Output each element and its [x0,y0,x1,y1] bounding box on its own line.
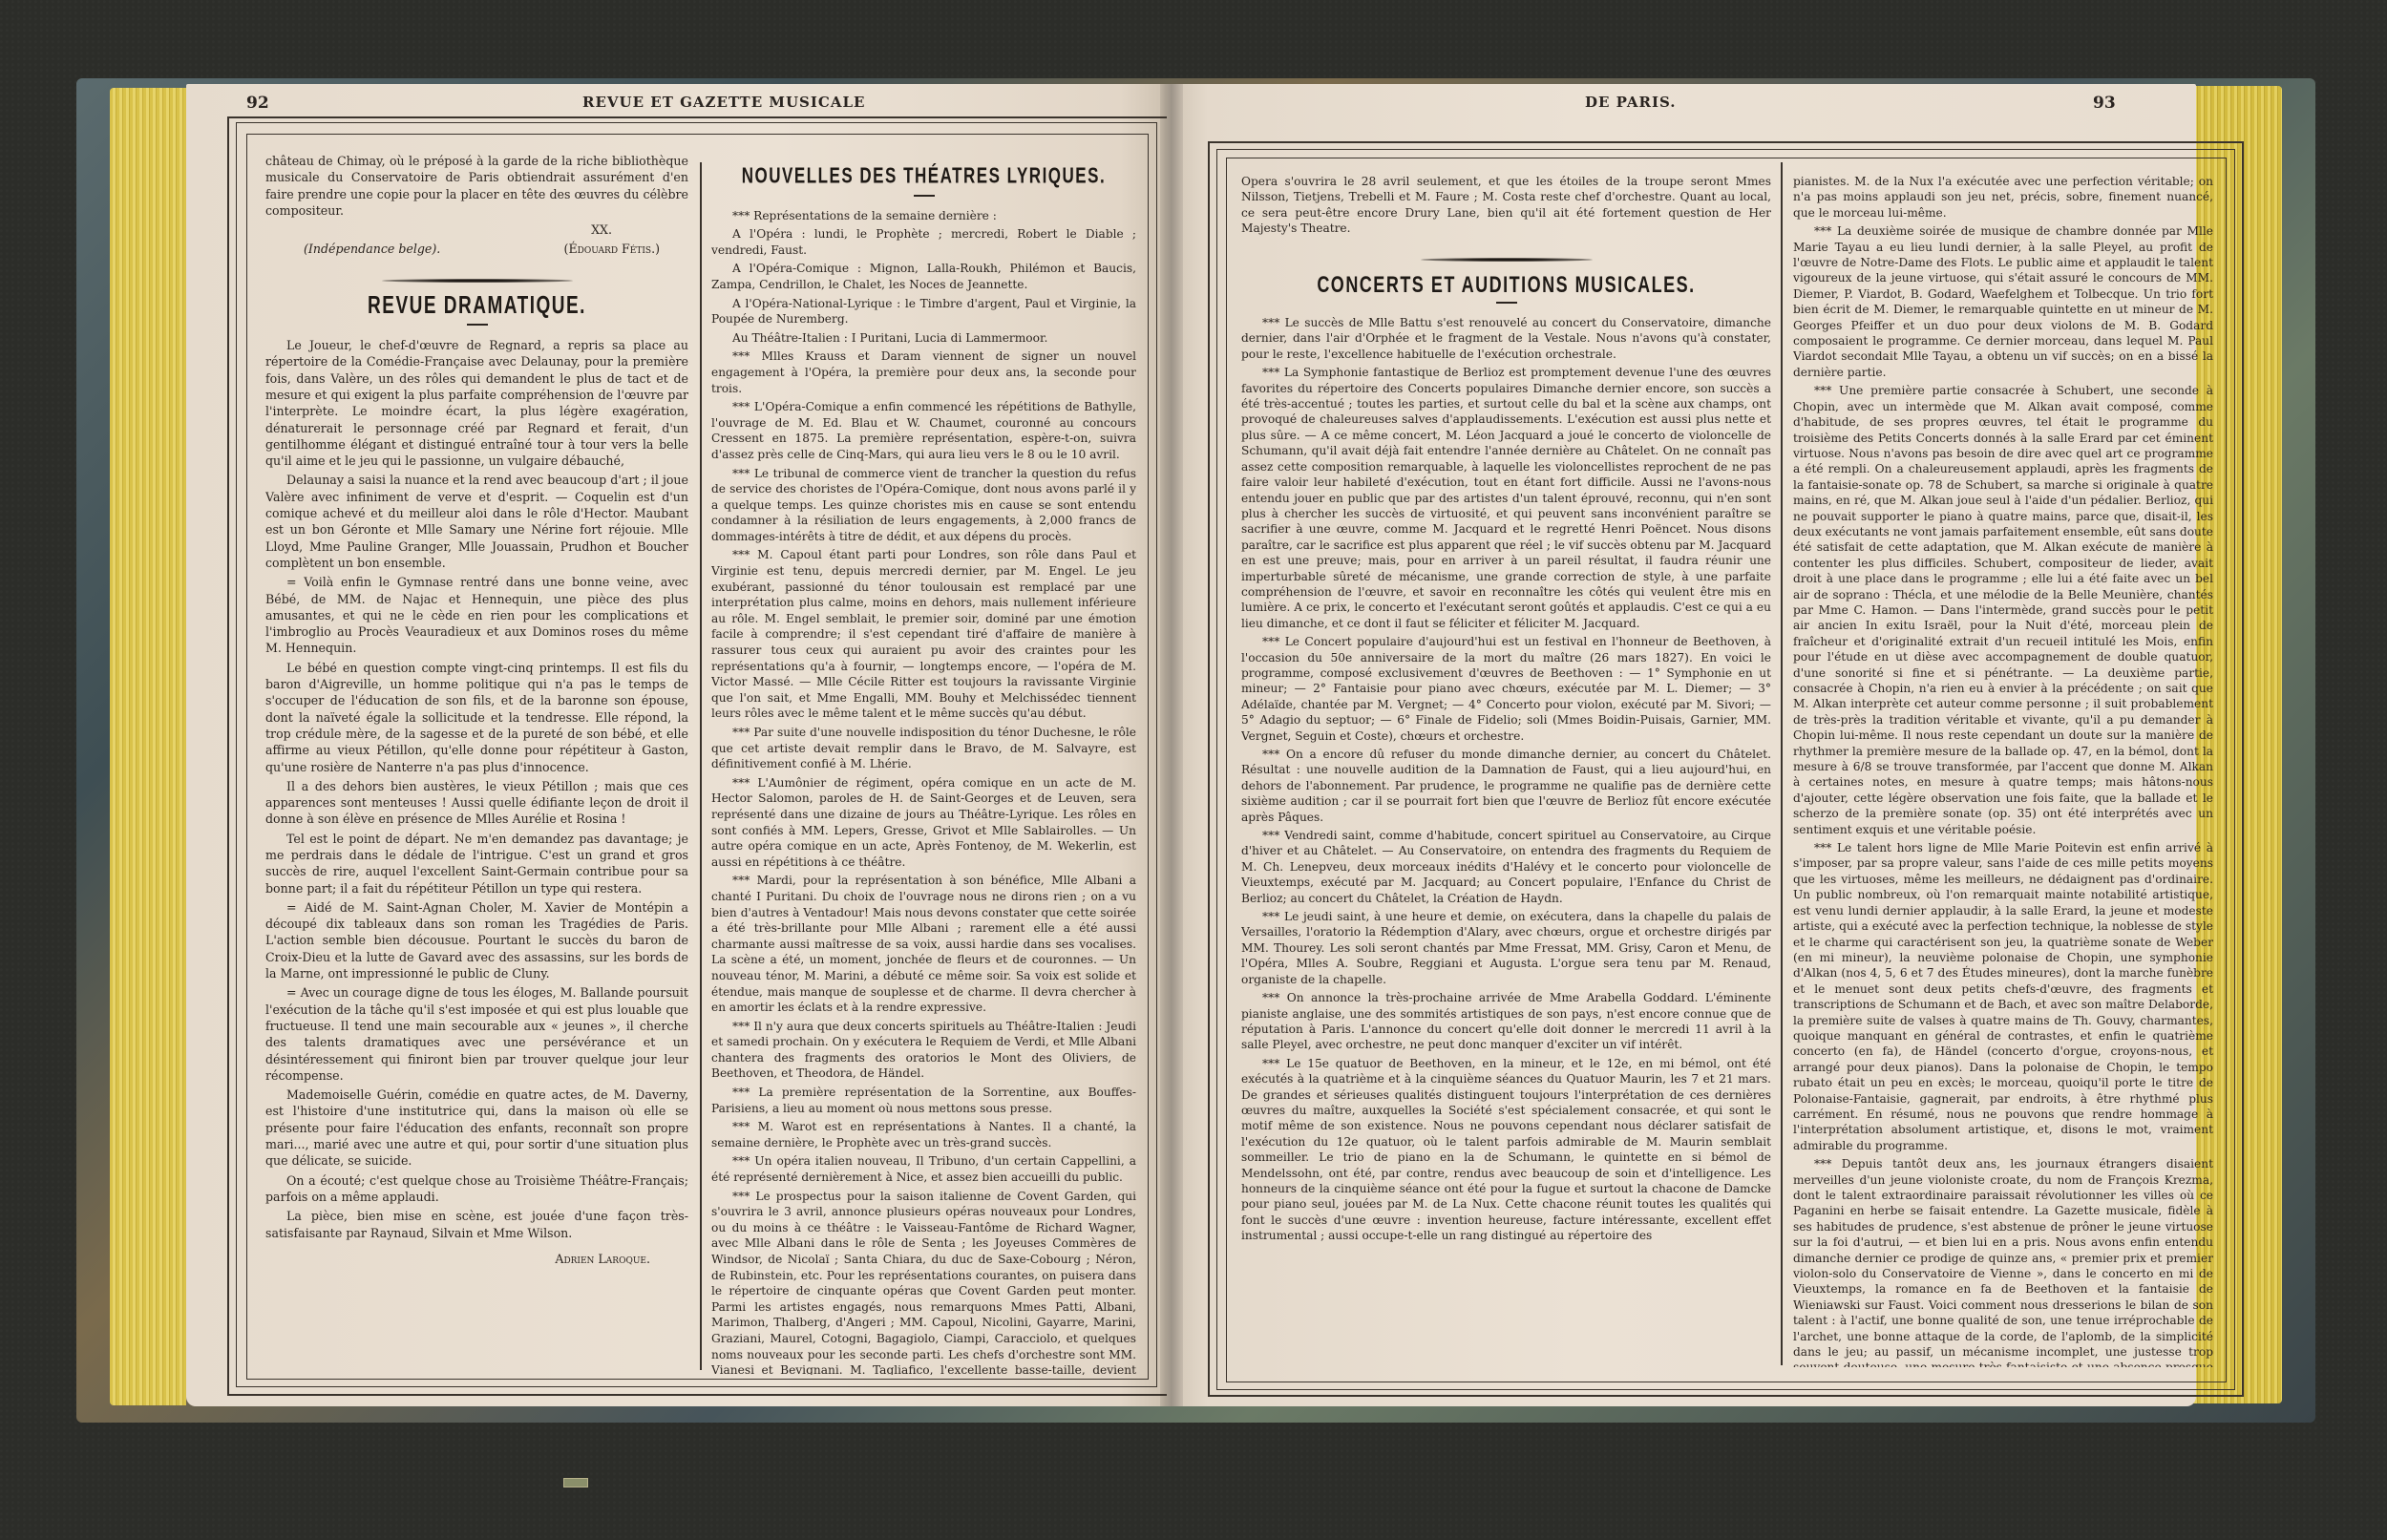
signature-adrien-laroque: Adrien Laroque. [265,1251,688,1267]
source-citation: (Indépendance belge). [304,241,440,257]
paragraph: Il a des dehors bien austères, le vieux … [265,778,688,828]
title-dash [1496,302,1517,304]
author-attribution: (Édouard Fétis.) [564,241,660,257]
news-item: *** Le tribunal de commerce vient de tra… [711,466,1136,545]
paragraph: Tel est le point de départ. Ne m'en dema… [265,831,688,897]
left-column-concerts: Opera s'ouvrira le 28 avril seulement, e… [1241,174,1771,1367]
paragraph: La pièce, bien mise en scène, est jouée … [265,1208,688,1241]
concert-item: *** Le jeudi saint, à une heure et demie… [1241,909,1771,987]
paragraph: Mademoiselle Guérin, comédie en quatre a… [265,1086,688,1169]
paragraph: Le bébé en question compte vingt-cinq pr… [265,660,688,775]
right-page-column-rule [1781,162,1783,1365]
news-item: *** Mlles Krauss et Daram viennent de si… [711,348,1136,396]
title-dash [914,195,935,197]
gilt-page-edges-left [110,88,186,1405]
concert-item: pianistes. M. de la Nux l'a exécutée ave… [1793,174,2213,221]
left-column-revue-dramatique: château de Chimay, où le préposé à la ga… [265,153,688,1370]
running-head-right: DE PARIS. [1585,94,1677,111]
concert-item: *** La Symphonie fantastique de Berlioz … [1241,365,1771,631]
news-item: A l'Opéra-Comique : Mignon, Lalla-Roukh,… [711,261,1136,292]
concert-item: *** Le Concert populaire d'aujourd'hui e… [1241,634,1771,744]
bookmark-ribbon [563,1478,588,1487]
news-item: *** M. Capoul étant parti pour Londres, … [711,547,1136,722]
news-item: Au Théâtre-Italien : I Puritani, Lucia d… [711,330,1136,347]
paragraph: Le Joueur, le chef-d'œuvre de Regnard, a… [265,337,688,469]
section-title-nouvelles: NOUVELLES DES THÉATRES LYRIQUES. [711,166,1136,187]
paragraph: = Voilà enfin le Gymnase rentré dans une… [265,574,688,656]
news-item: *** L'Opéra-Comique a enfin commencé les… [711,399,1136,462]
news-item: *** Représentations de la semaine derniè… [711,208,1136,224]
concert-item: *** Depuis tantôt deux ans, les journaux… [1793,1156,2213,1367]
concert-item: *** Une première partie consacrée à Schu… [1793,383,2213,837]
news-item: *** Mardi, pour la représentation à son … [711,873,1136,1015]
concert-item: *** On annonce la très-prochaine arrivée… [1241,990,1771,1053]
right-column-concerts-continued: pianistes. M. de la Nux l'a exécutée ave… [1793,174,2213,1367]
concert-item: *** Le talent hors ligne de Mlle Marie P… [1793,840,2213,1153]
concert-item: *** On a encore dû refuser du monde dima… [1241,747,1771,825]
section-title-revue-dramatique: REVUE DRAMATIQUE. [265,295,688,317]
news-item: *** La première représentation de la Sor… [711,1085,1136,1116]
right-column-nouvelles-theatres: NOUVELLES DES THÉATRES LYRIQUES. *** Rep… [711,158,1136,1375]
news-item: *** Par suite d'une nouvelle indispositi… [711,725,1136,772]
running-head-left: REVUE ET GAZETTE MUSICALE [582,94,865,111]
signature-xx: XX. [265,222,688,238]
paragraph: = Aidé de M. Saint-Agnan Choler, M. Xavi… [265,899,688,981]
concert-item: *** Le succès de Mlle Battu s'est renouv… [1241,315,1771,362]
news-item: *** L'Aumônier de régiment, opéra comiqu… [711,775,1136,871]
ornamental-rule [382,279,573,283]
left-page-column-rule [700,162,702,1370]
concert-item: *** Le 15e quatuor de Beethoven, en la m… [1241,1056,1771,1244]
news-item: *** M. Warot est en représentations à Na… [711,1119,1136,1150]
news-item: A l'Opéra : lundi, le Prophète ; mercred… [711,226,1136,258]
paragraph: = Avec un courage digne de tous les élog… [265,984,688,1084]
page-number-right: 93 [2093,94,2116,113]
news-item: A l'Opéra-National-Lyrique : le Timbre d… [711,296,1136,327]
section-title-concerts: CONCERTS ET AUDITIONS MUSICALES. [1241,274,1771,295]
article-continuation: Opera s'ouvrira le 28 avril seulement, e… [1241,174,1771,237]
news-item: *** Le prospectus pour la saison italien… [711,1189,1136,1375]
page-number-left: 92 [246,94,269,113]
title-dash [467,324,488,326]
article-continuation: château de Chimay, où le préposé à la ga… [265,153,688,219]
concert-item: *** Vendredi saint, comme d'habitude, co… [1241,828,1771,906]
paragraph: Delaunay a saisi la nuance et la rend av… [265,472,688,571]
concert-item: *** La deuxième soirée de musique de cha… [1793,223,2213,380]
news-item: *** Il n'y aura que deux concerts spirit… [711,1019,1136,1082]
news-item: *** Un opéra italien nouveau, Il Tribuno… [711,1153,1136,1185]
ornamental-rule [1421,258,1593,262]
paragraph: On a écouté; c'est quelque chose au Troi… [265,1172,688,1206]
